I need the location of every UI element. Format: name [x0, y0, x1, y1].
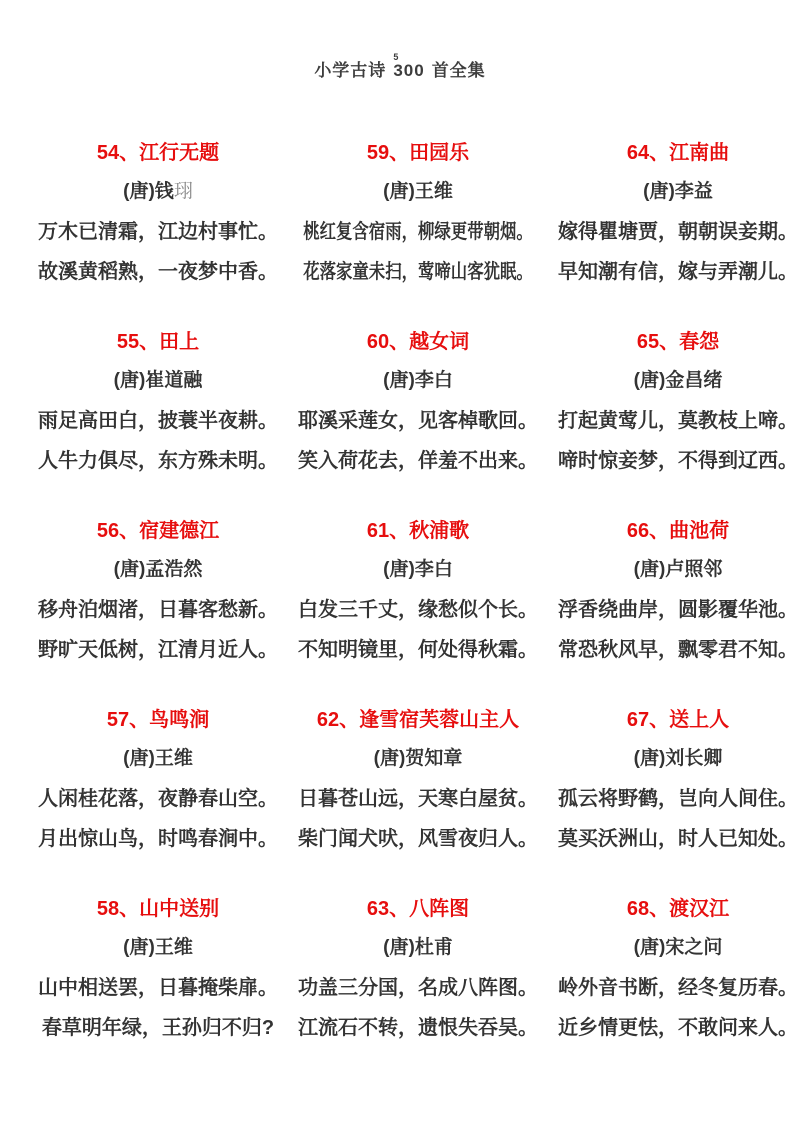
page-title-number-wrap: 5300 — [393, 61, 424, 81]
poem-number: 61、 — [367, 520, 409, 542]
poem-author: (唐)刘长卿 — [558, 745, 798, 773]
page-title-superscript: 5 — [393, 52, 398, 62]
poem-line-1: 雨足高田白，披蓑半夜耕。 — [38, 407, 278, 435]
poems-column-1: 54、江行无题 (唐)钱珝 万木已清霜，江边村事忙。 故溪黄稻熟，一夜梦中香。 … — [38, 137, 278, 1082]
poem-card-56: 56、宿建德江 (唐)孟浩然 移舟泊烟渚，日暮客愁新。 野旷天低树，江清月近人。 — [38, 515, 278, 704]
poem-line-1: 嫁得瞿塘贾，朝朝误妾期。 — [558, 218, 798, 246]
poem-line-2: 人牛力俱尽，东方殊未明。 — [38, 447, 278, 475]
page-title-prefix: 小学古诗 — [314, 61, 386, 80]
poem-line-1: 打起黄莺儿，莫教枝上啼。 — [558, 407, 798, 435]
page-title: 小学古诗5300首全集 — [0, 0, 800, 81]
poem-line-1: 万木已清霜，江边村事忙。 — [38, 218, 278, 246]
poem-title: 江南曲 — [669, 142, 729, 164]
poem-author: (唐)李益 — [558, 178, 798, 206]
poem-heading: 68、渡汉江 — [558, 893, 798, 923]
poem-author: (唐)贺知章 — [278, 745, 558, 773]
poems-column-3: 64、江南曲 (唐)李益 嫁得瞿塘贾，朝朝误妾期。 早知潮有信，嫁与弄潮儿。 6… — [558, 137, 798, 1082]
poem-title: 送上人 — [669, 709, 729, 731]
poem-line-1: 白发三千丈，缘愁似个长。 — [278, 596, 558, 624]
poem-line-1: 浮香绕曲岸，圆影覆华池。 — [558, 596, 798, 624]
poem-line-2: 啼时惊妾梦，不得到辽西。 — [558, 447, 798, 475]
poem-card-64: 64、江南曲 (唐)李益 嫁得瞿塘贾，朝朝误妾期。 早知潮有信，嫁与弄潮儿。 — [558, 137, 798, 326]
poem-title: 江行无题 — [139, 142, 219, 164]
poem-line-1: 孤云将野鹤，岂向人间住。 — [558, 785, 798, 813]
poem-author: (唐)王维 — [278, 178, 558, 206]
poem-number: 62、 — [317, 709, 359, 731]
poem-number: 65、 — [637, 331, 679, 353]
poems-column-2: 59、田园乐 (唐)王维 桃红复含宿雨，柳绿更带朝烟。 花落家童未扫，莺啼山客犹… — [278, 137, 558, 1082]
poem-number: 58、 — [97, 898, 139, 920]
poem-line-1: 人闲桂花落，夜静春山空。 — [38, 785, 278, 813]
poem-card-67: 67、送上人 (唐)刘长卿 孤云将野鹤，岂向人间住。 莫买沃洲山，时人已知处。 — [558, 704, 798, 893]
poem-line-2: 柴门闻犬吠，风雪夜归人。 — [278, 825, 558, 853]
poem-heading: 66、曲池荷 — [558, 515, 798, 545]
poem-author: (唐)卢照邻 — [558, 556, 798, 584]
poem-card-55: 55、田上 (唐)崔道融 雨足高田白，披蓑半夜耕。 人牛力俱尽，东方殊未明。 — [38, 326, 278, 515]
poem-card-54: 54、江行无题 (唐)钱珝 万木已清霜，江边村事忙。 故溪黄稻熟，一夜梦中香。 — [38, 137, 278, 326]
poem-line-1: 日暮苍山远，天寒白屋贫。 — [278, 785, 558, 813]
poem-number: 55、 — [117, 331, 159, 353]
poem-number: 66、 — [627, 520, 669, 542]
poem-heading: 61、秋浦歌 — [278, 515, 558, 545]
poem-line-1: 功盖三分国，名成八阵图。 — [278, 974, 558, 1002]
poem-heading: 58、山中送别 — [38, 893, 278, 923]
poem-line-2: 月出惊山鸟，时鸣春涧中。 — [38, 825, 278, 853]
poem-author: (唐)李白 — [278, 556, 558, 584]
poem-heading: 67、送上人 — [558, 704, 798, 734]
poem-line-2: 江流石不转，遗恨失吞吴。 — [278, 1014, 558, 1042]
poem-title: 越女词 — [409, 331, 469, 353]
poem-heading: 57、鸟鸣涧 — [38, 704, 278, 734]
poem-title: 鸟鸣涧 — [149, 709, 209, 731]
poem-number: 57、 — [107, 709, 149, 731]
poem-number: 54、 — [97, 142, 139, 164]
poem-author: (唐)王维 — [38, 934, 278, 962]
poem-heading: 62、逢雪宿芙蓉山主人 — [278, 704, 558, 734]
poem-author: (唐)王维 — [38, 745, 278, 773]
poem-heading: 54、江行无题 — [38, 137, 278, 167]
poem-card-65: 65、春怨 (唐)金昌绪 打起黄莺儿，莫教枝上啼。 啼时惊妾梦，不得到辽西。 — [558, 326, 798, 515]
poem-line-1: 山中相送罢，日暮掩柴扉。 — [38, 974, 278, 1002]
poem-author-fallback-glyph: 珝 — [174, 181, 193, 202]
page-title-number: 300 — [393, 61, 424, 80]
poem-card-61: 61、秋浦歌 (唐)李白 白发三千丈，缘愁似个长。 不知明镜里，何处得秋霜。 — [278, 515, 558, 704]
poem-heading: 60、越女词 — [278, 326, 558, 356]
poem-card-60: 60、越女词 (唐)李白 耶溪采莲女，见客棹歌回。 笑入荷花去，佯羞不出来。 — [278, 326, 558, 515]
document-page: 小学古诗5300首全集 54、江行无题 (唐)钱珝 万木已清霜，江边村事忙。 故… — [0, 0, 800, 1132]
poem-title: 宿建德江 — [139, 520, 219, 542]
poem-card-68: 68、渡汉江 (唐)宋之问 岭外音书断，经冬复历春。 近乡情更怯，不敢问来人。 — [558, 893, 798, 1082]
poem-number: 64、 — [627, 142, 669, 164]
poem-card-58: 58、山中送别 (唐)王维 山中相送罢，日暮掩柴扉。 春草明年绿，王孙归不归? — [38, 893, 278, 1082]
poem-title: 秋浦歌 — [409, 520, 469, 542]
poem-heading: 56、宿建德江 — [38, 515, 278, 545]
poem-line-1: 耶溪采莲女，见客棹歌回。 — [278, 407, 558, 435]
poem-title: 春怨 — [679, 331, 719, 353]
poem-card-62: 62、逢雪宿芙蓉山主人 (唐)贺知章 日暮苍山远，天寒白屋贫。 柴门闻犬吠，风雪… — [278, 704, 558, 893]
page-title-suffix: 首全集 — [432, 61, 486, 80]
poem-line-2: 花落家童未扫，莺啼山客犹眠。 — [303, 258, 533, 286]
poem-line-2: 近乡情更怯，不敢问来人。 — [558, 1014, 798, 1042]
poem-card-59: 59、田园乐 (唐)王维 桃红复含宿雨，柳绿更带朝烟。 花落家童未扫，莺啼山客犹… — [278, 137, 558, 326]
poem-title: 八阵图 — [409, 898, 469, 920]
poem-line-2: 野旷天低树，江清月近人。 — [38, 636, 278, 664]
poem-number: 56、 — [97, 520, 139, 542]
poem-number: 59、 — [367, 142, 409, 164]
poem-author: (唐)崔道融 — [38, 367, 278, 395]
poem-title: 田上 — [159, 331, 199, 353]
poem-line-2: 常恐秋风早，飘零君不知。 — [558, 636, 798, 664]
poem-title: 山中送别 — [139, 898, 219, 920]
poem-heading: 63、八阵图 — [278, 893, 558, 923]
poem-number: 67、 — [627, 709, 669, 731]
poem-card-57: 57、鸟鸣涧 (唐)王维 人闲桂花落，夜静春山空。 月出惊山鸟，时鸣春涧中。 — [38, 704, 278, 893]
poem-author: (唐)杜甫 — [278, 934, 558, 962]
poem-heading: 65、春怨 — [558, 326, 798, 356]
poem-title: 曲池荷 — [669, 520, 729, 542]
poem-heading: 64、江南曲 — [558, 137, 798, 167]
poem-card-63: 63、八阵图 (唐)杜甫 功盖三分国，名成八阵图。 江流石不转，遗恨失吞吴。 — [278, 893, 558, 1082]
poem-line-1: 岭外音书断，经冬复历春。 — [558, 974, 798, 1002]
poem-line-2: 春草明年绿，王孙归不归? — [38, 1014, 278, 1042]
poem-line-1: 移舟泊烟渚，日暮客愁新。 — [38, 596, 278, 624]
poems-grid: 54、江行无题 (唐)钱珝 万木已清霜，江边村事忙。 故溪黄稻熟，一夜梦中香。 … — [0, 137, 800, 1082]
poem-card-66: 66、曲池荷 (唐)卢照邻 浮香绕曲岸，圆影覆华池。 常恐秋风早，飘零君不知。 — [558, 515, 798, 704]
poem-author: (唐)宋之问 — [558, 934, 798, 962]
poem-number: 63、 — [367, 898, 409, 920]
poem-title: 逢雪宿芙蓉山主人 — [359, 709, 519, 731]
poem-heading: 55、田上 — [38, 326, 278, 356]
poem-title: 渡汉江 — [669, 898, 729, 920]
poem-line-2: 莫买沃洲山，时人已知处。 — [558, 825, 798, 853]
poem-line-2: 不知明镜里，何处得秋霜。 — [278, 636, 558, 664]
poem-title: 田园乐 — [409, 142, 469, 164]
poem-line-2: 笑入荷花去，佯羞不出来。 — [278, 447, 558, 475]
poem-line-1: 桃红复含宿雨，柳绿更带朝烟。 — [303, 218, 533, 246]
poem-number: 68、 — [627, 898, 669, 920]
poem-author: (唐)孟浩然 — [38, 556, 278, 584]
poem-line-2: 早知潮有信，嫁与弄潮儿。 — [558, 258, 798, 286]
poem-number: 60、 — [367, 331, 409, 353]
poem-line-2: 故溪黄稻熟，一夜梦中香。 — [38, 258, 278, 286]
poem-heading: 59、田园乐 — [278, 137, 558, 167]
poem-author: (唐)钱珝 — [38, 178, 278, 206]
poem-author: (唐)金昌绪 — [558, 367, 798, 395]
poem-author: (唐)李白 — [278, 367, 558, 395]
